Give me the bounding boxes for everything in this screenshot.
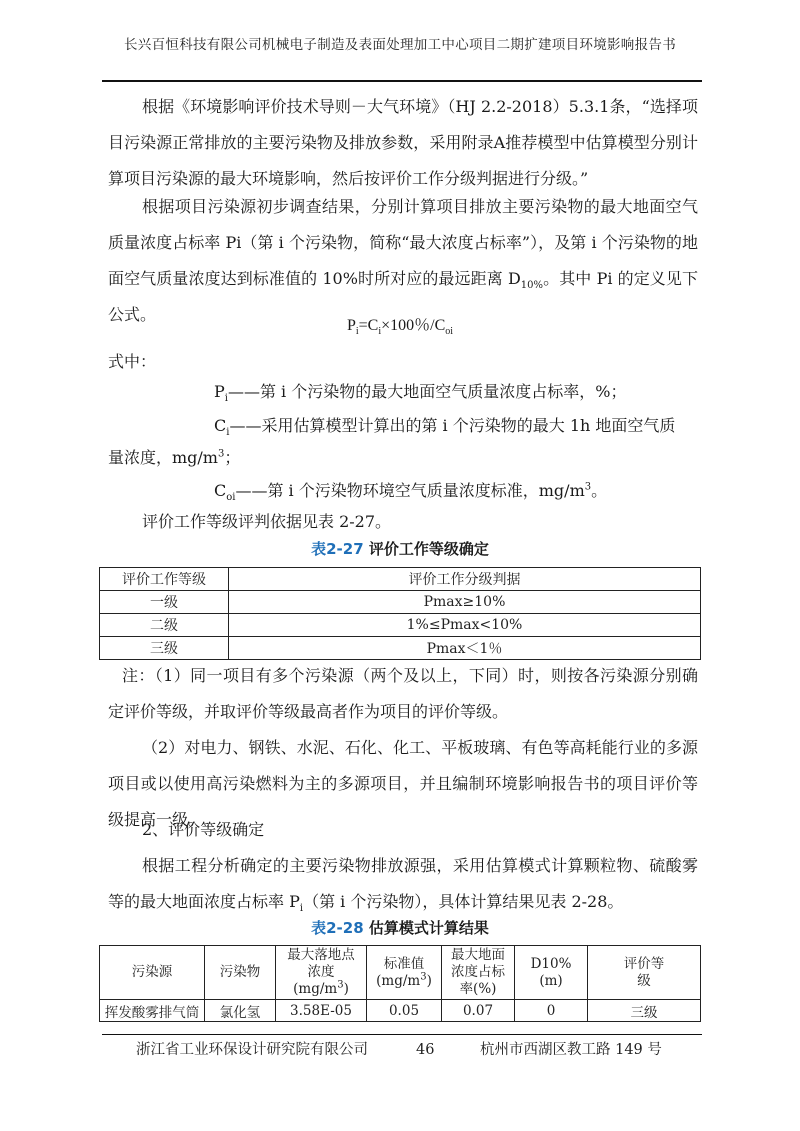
header-line: 最大落地点 — [280, 947, 362, 964]
symbol: C — [214, 481, 226, 500]
page-number: 46 — [416, 1040, 434, 1060]
subscript: 10% — [521, 280, 543, 291]
header-line: (mg/m3) — [280, 981, 362, 998]
paragraph-text: （第 i 个污染物），具体计算结果见表 2-28。 — [303, 892, 623, 911]
table-cell: 0.07 — [442, 1000, 515, 1022]
definition-text: ——第 i 个污染物的最大地面空气质量浓度占标率，%； — [228, 382, 627, 401]
symbol: C — [214, 416, 226, 435]
definition-text: 量浓度，mg/m — [108, 448, 218, 467]
formula-p: P — [347, 317, 356, 334]
paragraph-guideline: 根据《环境影响评价技术导则－大气环境》（HJ 2.2-2018）5.3.1条，“… — [108, 89, 698, 197]
paragraph-pi-definition: 根据项目污染源初步调查结果，分别计算项目排放主要污染物的最大地面空气质量浓度占标… — [108, 189, 698, 333]
table-cell: Pmax＜1％ — [229, 637, 701, 660]
table-header-cell: 评价工作分级判据 — [229, 568, 701, 591]
formula-eq: =C — [359, 317, 379, 334]
table-cell: 氯化氢 — [205, 1000, 276, 1022]
table-header-cell: D10%(m) — [515, 946, 588, 1000]
table-cell: 3.58E-05 — [276, 1000, 367, 1022]
table-2-27: 评价工作等级 评价工作分级判据 一级 Pmax≥10% 二级 1%≤Pmax<1… — [99, 567, 701, 660]
table-row: 一级 Pmax≥10% — [100, 591, 701, 614]
table-cell: Pmax≥10% — [229, 591, 701, 614]
paragraph-table-ref: 评价工作等级评判依据见表 2-27。 — [108, 504, 698, 540]
footer-organization: 浙江省工业环保设计研究院有限公司 — [136, 1040, 368, 1060]
paragraph-estimation: 根据工程分析确定的主要污染物排放源强，采用估算模式计算颗粒物、硫酸雾等的最大地面… — [108, 848, 698, 920]
table-header-cell: 最大落地点浓度(mg/m3) — [276, 946, 367, 1000]
where-label: 式中： — [108, 344, 698, 380]
caption-text: 估算模式计算结果 — [369, 919, 489, 937]
table-header-cell: 最大地面浓度占标率(%) — [442, 946, 515, 1000]
formula-mid: ×100％/C — [381, 317, 445, 334]
caption-number: 表2-27 — [311, 540, 364, 558]
header-line: 评价等 — [592, 956, 696, 973]
header-line: 最大地面 — [446, 947, 510, 964]
header-line: 标准值 — [371, 956, 437, 973]
caption-number: 表2-28 — [311, 919, 364, 937]
definition-ci-continued: 量浓度，mg/m3； — [108, 446, 240, 470]
definition-text: 。 — [591, 481, 607, 500]
definition-pi: Pi——第 i 个污染物的最大地面空气质量浓度占标率，%； — [214, 380, 626, 404]
table-header-row: 污染源 污染物 最大落地点浓度(mg/m3) 标准值(mg/m3) 最大地面浓度… — [100, 946, 701, 1000]
symbol: P — [214, 382, 225, 401]
header-text: ) — [427, 973, 432, 989]
table-cell: 0 — [515, 1000, 588, 1022]
table-row: 挥发酸雾排气筒 氯化氢 3.58E-05 0.05 0.07 0 三级 — [100, 1000, 701, 1022]
formula-sub: oi — [445, 326, 453, 337]
caption-text: 评价工作等级确定 — [369, 540, 489, 558]
table-header-cell: 标准值(mg/m3) — [367, 946, 442, 1000]
table-2-28-caption: 表2-28 估算模式计算结果 — [0, 918, 800, 938]
header-line: 浓度 — [280, 964, 362, 981]
table-row: 三级 Pmax＜1％ — [100, 637, 701, 660]
table-cell: 三级 — [100, 637, 229, 660]
definition-text: ——第 i 个污染物环境空气质量浓度标准，mg/m — [235, 481, 584, 500]
header-line: (mg/m3) — [371, 973, 437, 990]
table-header-cell: 污染源 — [100, 946, 205, 1000]
table-header-cell: 评价等级 — [588, 946, 701, 1000]
header-divider — [102, 80, 702, 82]
table-cell: 1%≤Pmax<10% — [229, 614, 701, 637]
footer-address: 杭州市西湖区教工路 149 号 — [480, 1040, 662, 1060]
table-cell: 挥发酸雾排气筒 — [100, 1000, 205, 1022]
table-header-cell: 评价工作等级 — [100, 568, 229, 591]
table-cell: 一级 — [100, 591, 229, 614]
table-row: 二级 1%≤Pmax<10% — [100, 614, 701, 637]
definition-text: ——采用估算模型计算出的第 i 个污染物的最大 1h 地面空气质 — [229, 416, 675, 435]
table-header-cell: 污染物 — [205, 946, 276, 1000]
document-title: 长兴百恒科技有限公司机械电子制造及表面处理加工中心项目二期扩建项目环境影响报告书 — [0, 33, 800, 53]
definition-coi: Coi——第 i 个污染物环境空气质量浓度标准，mg/m3。 — [214, 479, 607, 503]
header-line: 率(%) — [446, 981, 510, 998]
table-cell: 0.05 — [367, 1000, 442, 1022]
definition-text: ； — [224, 448, 240, 467]
formula: Pi=Ci×100％/Coi — [0, 314, 800, 338]
table-2-27-caption: 表2-27 评价工作等级确定 — [0, 539, 800, 559]
footer-divider — [102, 1034, 702, 1035]
table-2-28: 污染源 污染物 最大落地点浓度(mg/m3) 标准值(mg/m3) 最大地面浓度… — [99, 945, 701, 1022]
definition-ci: Ci——采用估算模型计算出的第 i 个污染物的最大 1h 地面空气质 — [214, 414, 675, 438]
table-cell: 二级 — [100, 614, 229, 637]
note-1: 注：（1）同一项目有多个污染源（两个及以上，下同）时，则按各污染源分别确定评价等… — [108, 658, 698, 730]
header-text: (mg/m — [293, 981, 337, 997]
table-header-row: 评价工作等级 评价工作分级判据 — [100, 568, 701, 591]
header-line: 浓度占标 — [446, 964, 510, 981]
header-line: 级 — [592, 973, 696, 990]
header-text: ) — [344, 981, 349, 997]
section-heading: 2、评价等级确定 — [108, 812, 698, 848]
header-text: (mg/m — [376, 973, 420, 989]
table-cell: 三级 — [588, 1000, 701, 1022]
